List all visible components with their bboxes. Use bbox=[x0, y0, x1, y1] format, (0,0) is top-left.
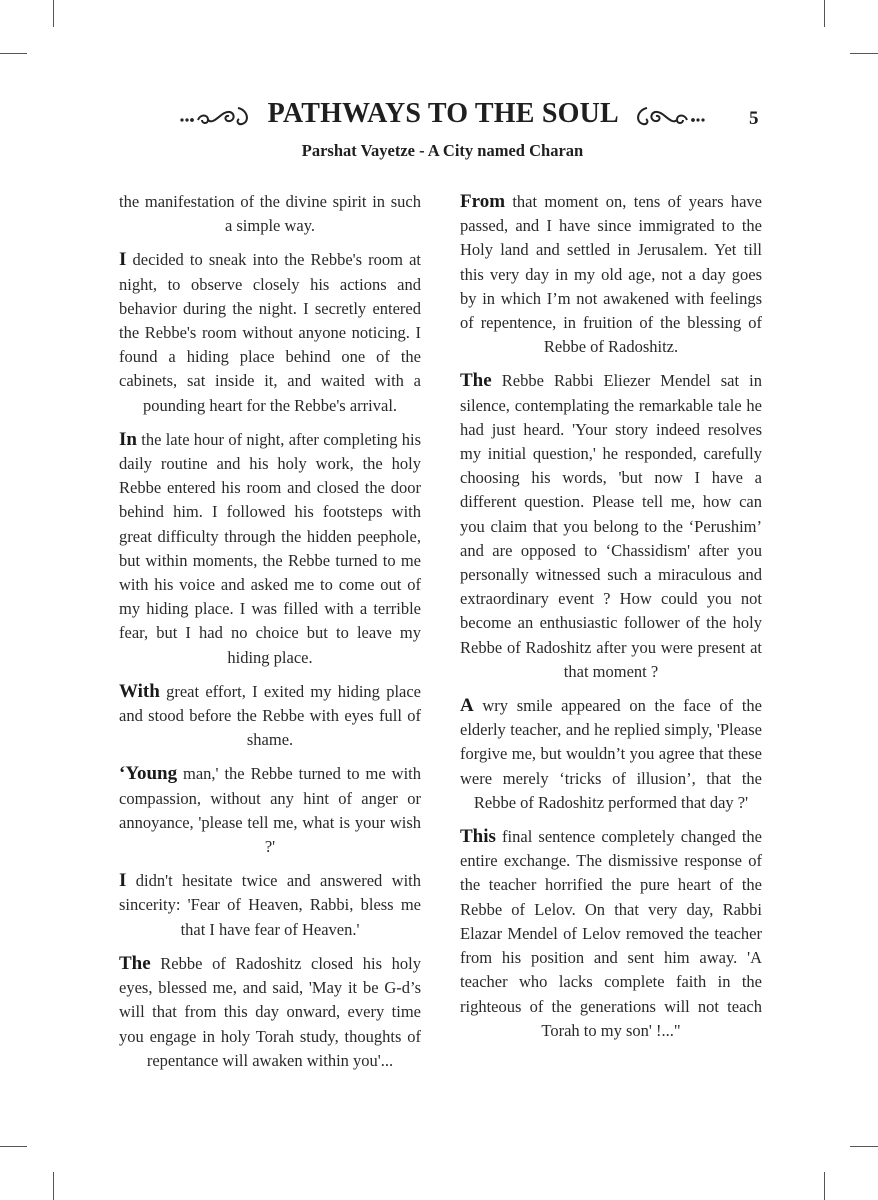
paragraph-text: Rebbe of Radoshitz closed his holy eyes,… bbox=[119, 954, 421, 1070]
right-column: From that moment on, tens of years have … bbox=[460, 190, 762, 1053]
crop-mark-top-left-horizontal bbox=[0, 53, 27, 54]
paragraph: I decided to sneak into the Rebbe's room… bbox=[119, 248, 421, 417]
paragraph-text: great effort, I exited my hiding place a… bbox=[119, 682, 421, 749]
paragraph: the manifestation of the divine spirit i… bbox=[119, 190, 421, 238]
left-column: the manifestation of the divine spirit i… bbox=[119, 190, 421, 1083]
paragraph-lead: From bbox=[460, 191, 505, 212]
crop-mark-bottom-left-vertical bbox=[53, 1172, 54, 1200]
page-number: 5 bbox=[749, 108, 759, 130]
paragraph-text: Rebbe Rabbi Eliezer Mendel sat in silenc… bbox=[460, 371, 762, 680]
paragraph: The Rebbe of Radoshitz closed his holy e… bbox=[119, 952, 421, 1073]
paragraph: From that moment on, tens of years have … bbox=[460, 190, 762, 359]
crop-mark-top-right-vertical bbox=[824, 0, 825, 27]
paragraph-lead: In bbox=[119, 429, 137, 450]
paragraph: The Rebbe Rabbi Eliezer Mendel sat in si… bbox=[460, 369, 762, 684]
paragraph-text: decided to sneak into the Rebbe's room a… bbox=[119, 250, 421, 414]
ornament-left-icon bbox=[178, 104, 260, 128]
paragraph-text: that moment on, tens of years have passe… bbox=[460, 192, 762, 356]
paragraph: A wry smile appeared on the face of the … bbox=[460, 694, 762, 815]
crop-mark-top-left-vertical bbox=[53, 0, 54, 27]
paragraph-lead: ‘Young bbox=[119, 763, 177, 784]
running-header: PATHWAYS TO THE SOUL bbox=[170, 98, 715, 130]
paragraph-text: the late hour of night, after completing… bbox=[119, 430, 421, 667]
paragraph: I didn't hesitate twice and answered wit… bbox=[119, 869, 421, 942]
crop-mark-bottom-left-horizontal bbox=[0, 1146, 27, 1147]
paragraph-text: the manifestation of the divine spirit i… bbox=[119, 192, 421, 235]
paragraph-lead: A bbox=[460, 695, 474, 716]
paragraph-lead: The bbox=[119, 953, 151, 974]
crop-mark-top-right-horizontal bbox=[850, 53, 878, 54]
chapter-subtitle: Parshat Vayetze - A City named Charan bbox=[170, 141, 715, 161]
paragraph-lead: The bbox=[460, 370, 492, 391]
paragraph-lead: This bbox=[460, 826, 496, 847]
paragraph-text: wry smile appeared on the face of the el… bbox=[460, 696, 762, 812]
paragraph: ‘Young man,' the Rebbe turned to me with… bbox=[119, 762, 421, 859]
crop-mark-bottom-right-vertical bbox=[824, 1172, 825, 1200]
ornament-right-icon bbox=[625, 104, 707, 128]
paragraph-lead: With bbox=[119, 681, 160, 702]
book-title: PATHWAYS TO THE SOUL bbox=[268, 98, 618, 129]
paragraph-text: didn't hesitate twice and answered with … bbox=[119, 871, 421, 938]
crop-mark-bottom-right-horizontal bbox=[850, 1146, 878, 1147]
paragraph-text: final sentence completely changed the en… bbox=[460, 827, 762, 1040]
paragraph: In the late hour of night, after complet… bbox=[119, 428, 421, 670]
paragraph: This final sentence completely changed t… bbox=[460, 825, 762, 1043]
paragraph: With great effort, I exited my hiding pl… bbox=[119, 680, 421, 753]
